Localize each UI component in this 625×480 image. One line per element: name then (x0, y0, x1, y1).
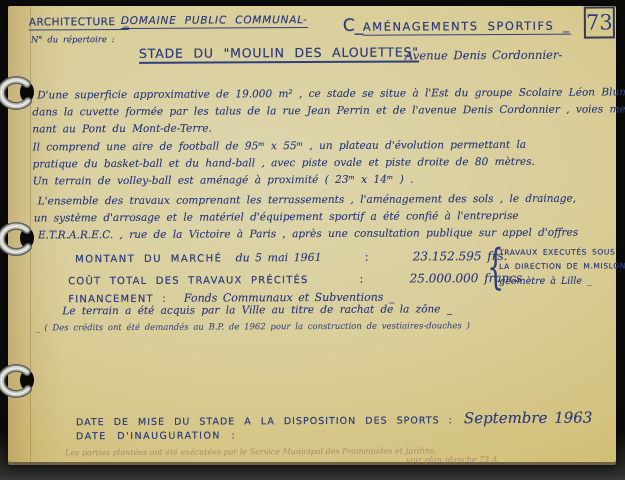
date-inauguration-label: DATE D'INAUGURATION : (76, 430, 236, 442)
body-line: nant au Pont du Mont-de-Terre. (32, 123, 212, 136)
terrain-note: Le terrain a été acquis par la Ville au … (62, 303, 452, 317)
body-line: L'ensemble des travaux comprenant les te… (38, 193, 576, 208)
body-line: D'une superficie approximative de 19.000… (37, 86, 625, 101)
body-line: dans la cuvette formée par les talus de … (32, 103, 625, 118)
body-line: Il comprend une aire de football de 95ᵐ … (32, 139, 526, 154)
financement-label: FINANCEMENT : (68, 294, 167, 306)
header-section-domaine: DOMAINE PUBLIC COMMUNAL- (121, 14, 308, 29)
body-line: pratique du basket-ball et du hand-ball … (33, 156, 535, 171)
body-line: un système d'arrosage et le matériel d'é… (34, 210, 519, 225)
date-mise-value: Septembre 1963 (464, 409, 593, 428)
page-address: Avenue Denis Cordonnier- (405, 48, 562, 63)
scanned-archive-page: ARCHITECTURE _ DOMAINE PUBLIC COMMUNAL- … (0, 0, 625, 480)
cout-separator: : (360, 273, 365, 286)
margin-note-line: géomètre à Lille _ (499, 276, 592, 287)
date-mise-label: DATE DE MISE DU STADE A LA DISPOSITION D… (76, 415, 453, 428)
header-section-initial: C_ (343, 16, 363, 36)
body-line: Un terrain de volley-ball est aménagé à … (33, 173, 414, 187)
financement-value: Fonds Communaux et Subventions _ (184, 291, 395, 305)
montant-separator: : (365, 251, 370, 264)
montant-label: MONTANT DU MARCHÉ (75, 253, 222, 265)
folio-number: 73 (586, 10, 613, 34)
margin-note-line: LA DIRECTION DE M.MISLON (499, 261, 625, 271)
margin-note-line: TRAVAUX EXECUTÉS SOUS (499, 247, 615, 257)
handwritten-content: ARCHITECTURE _ DOMAINE PUBLIC COMMUNAL- … (0, 0, 625, 480)
credits-note: _ ( Des crédits ont été demandés au B.P.… (35, 321, 469, 333)
page-title: STADE DU "MOULIN DES ALOUETTES" (139, 44, 419, 63)
folio-number-box: 73 (584, 6, 615, 38)
montant-date: du 5 mai 1961 (236, 251, 322, 264)
header-section-amenagements: AMÉNAGEMENTS SPORTIFS _ (363, 19, 571, 36)
repertoire-label: N° du répertoire : (31, 35, 115, 45)
header-section-architecture: ARCHITECTURE _ (29, 16, 129, 31)
pencil-note-line: Les parties plantées ont été exécutées p… (65, 446, 437, 457)
pencil-note-line: voir plan planche 73 A (406, 455, 497, 464)
